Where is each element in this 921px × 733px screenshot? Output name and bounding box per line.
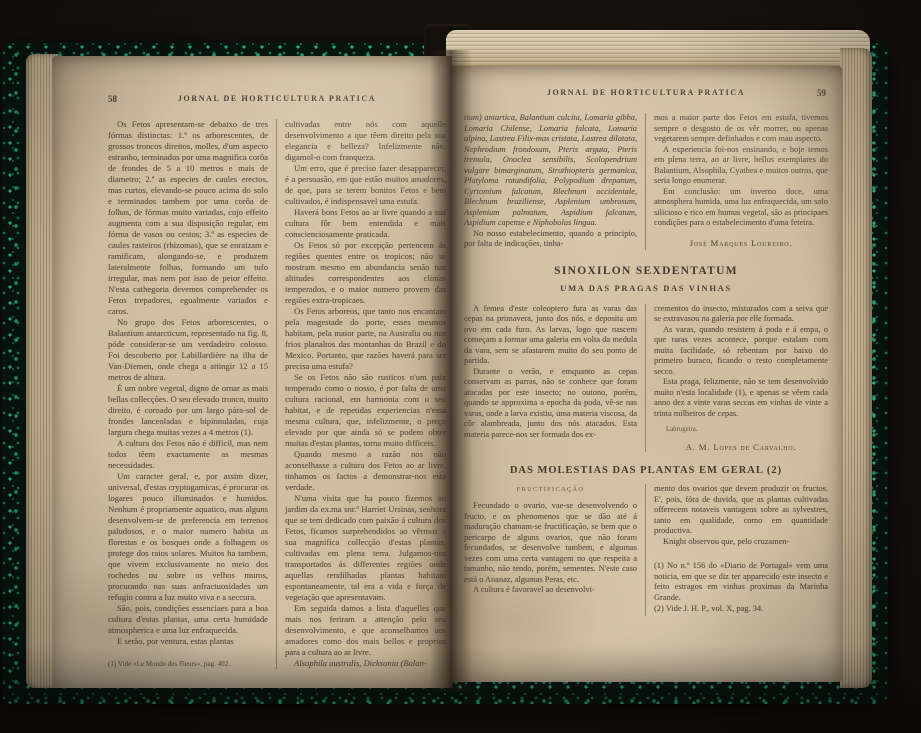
paragraph: A cultura dos Fetos não é difficil, mas …	[108, 438, 268, 471]
paragraph: A experiencia foi-nos ensinando, e hoje …	[654, 145, 828, 187]
left-page-column-1: Os Fetos apresentam-se debaixo de tres f…	[108, 119, 277, 669]
paragraph: mos a maior parte dos Fetos em estufa, t…	[654, 113, 828, 145]
article-title: DAS MOLESTIAS DAS PLANTAS EM GERAL (2)	[464, 465, 828, 476]
right-page-sec3-column-2: mento dos ovarios que devem produzir os …	[646, 484, 828, 616]
paragraph: No grupo dos Fetos arborescentes, o Bala…	[108, 317, 268, 383]
paragraph: crementos do insecto, misturados com a s…	[654, 304, 828, 325]
paragraph: Os Fetos arboreos, que tanto nos encanta…	[285, 306, 446, 372]
running-header-left: 58 JORNAL DE HORTICULTURA PRATICA	[108, 94, 446, 103]
paragraph: E serão, por ventura, estas plantas	[108, 636, 268, 647]
article-subtitle: UMA DAS PRAGAS DAS VINHAS	[464, 283, 828, 293]
column-paragraphs: cultivadas entre nós com aquelle desenvo…	[285, 119, 446, 669]
article-sinoxilon: SINOXILON SEXDENTATUM UMA DAS PRAGAS DAS…	[464, 265, 828, 453]
article-fetos-continuation: tium) antartica, Balantium culcita, Loma…	[464, 113, 828, 250]
place-line: Labrugeira.	[654, 426, 828, 433]
column-paragraphs: Fecundado o ovario, vae-se desenvolvendo…	[464, 501, 637, 596]
column-paragraphs: tium) antartica, Balantium culcita, Loma…	[464, 113, 637, 250]
right-page-sec1-column-2: mos a maior parte dos Fetos em estufa, t…	[646, 113, 828, 250]
paragraph: tium) antartica, Balantium culcita, Loma…	[464, 113, 637, 229]
footnote: (1) Vide «Le Monde des Fleurs», pag. 402…	[108, 650, 268, 669]
paragraph: (1) No n.º 156 do «Diario de Portugal» v…	[654, 561, 828, 603]
paragraph: São, pois, condições essenciaes para a b…	[108, 603, 268, 636]
page-edges-right	[840, 48, 872, 688]
paragraph: Um erro, que é preciso fazer desapparece…	[285, 163, 446, 207]
paragraph: Alsophila australis, Dicksonia (Balan-	[285, 658, 446, 669]
article-molestias: DAS MOLESTIAS DAS PLANTAS EM GERAL (2) F…	[464, 465, 828, 616]
right-page-sec2-column-1: A femea d'este coleoptero fura as varas …	[464, 304, 646, 453]
paragraph: N'uma visita que ha pouco fizemos ao jar…	[285, 493, 446, 603]
section-subhead: FRUCTIFICAÇÃO	[464, 486, 637, 493]
paragraph: Esta praga, felizmente, não se tem desen…	[654, 377, 828, 419]
article-title: SINOXILON SEXDENTATUM	[464, 265, 828, 277]
paragraph: cultivadas entre nós com aquelle desenvo…	[285, 119, 446, 163]
paragraph: Em seguida damos a lista d'aquelles que …	[285, 603, 446, 658]
right-page-sec1-column-1: tium) antartica, Balantium culcita, Loma…	[464, 113, 646, 250]
column-paragraphs: A femea d'este coleoptero fura as varas …	[464, 304, 637, 441]
author-signature: José Marques Loureiro.	[654, 238, 828, 248]
running-header-right: JORNAL DE HORTICULTURA PRATICA 59	[464, 88, 828, 97]
footnotes: (1) No n.º 156 do «Diario de Portugal» v…	[654, 561, 828, 616]
paragraph: A femea d'este coleoptero fura as varas …	[464, 304, 637, 367]
journal-title: JORNAL DE HORTICULTURA PRATICA	[178, 94, 376, 103]
paragraph: No nosso estabelecimento, quando a princ…	[464, 229, 637, 250]
paragraph: Quando mesmo a razão nos não aconselhass…	[285, 449, 446, 493]
column-paragraphs: crementos do insecto, misturados com a s…	[654, 304, 828, 420]
paragraph: Um caracter geral, e, por assim dizer, u…	[108, 471, 268, 603]
right-page: JORNAL DE HORTICULTURA PRATICA 59 tium) …	[450, 66, 842, 682]
journal-title: JORNAL DE HORTICULTURA PRATICA	[547, 88, 745, 97]
page-number-left: 58	[108, 94, 117, 104]
paragraph: A cultura é favoravel ao desenvolvi-	[464, 585, 637, 596]
paragraph: As varas, quando resistem á poda e á emp…	[654, 325, 828, 378]
left-page-columns: Os Fetos apresentam-se debaixo de tres f…	[108, 119, 446, 669]
paragraph: É um nobre vegetal, digno de ornar as ma…	[108, 383, 268, 438]
right-page-sec3-column-1: FRUCTIFICAÇÃO Fecundado o ovario, vae-se…	[464, 484, 646, 616]
right-page-content: JORNAL DE HORTICULTURA PRATICA 59 tium) …	[464, 88, 828, 674]
paragraph: Em conclusão: um inverno doce, uma atmos…	[654, 187, 828, 229]
paragraph: mento dos ovarios que devem produzir os …	[654, 484, 828, 537]
paragraph: Fecundado o ovario, vae-se desenvolvendo…	[464, 501, 637, 585]
left-page: 58 JORNAL DE HORTICULTURA PRATICA Os Fet…	[52, 56, 452, 688]
book-photograph: 58 JORNAL DE HORTICULTURA PRATICA Os Fet…	[0, 0, 921, 733]
left-page-column-2: cultivadas entre nós com aquelle desenvo…	[277, 119, 446, 669]
paragraph: Os Fetos apresentam-se debaixo de tres f…	[108, 119, 268, 317]
column-paragraphs: Os Fetos apresentam-se debaixo de tres f…	[108, 119, 268, 647]
left-page-content: 58 JORNAL DE HORTICULTURA PRATICA Os Fet…	[108, 94, 446, 678]
paragraph: Os Fetos só por excepção pertencem ás re…	[285, 240, 446, 306]
page-number-right: 59	[817, 88, 826, 98]
paragraph: (2) Vide J. H. P., vol. X, pag. 34.	[654, 604, 828, 615]
right-page-sec2-column-2: crementos do insecto, misturados com a s…	[646, 304, 828, 453]
column-paragraphs: mento dos ovarios que devem produzir os …	[654, 484, 828, 547]
paragraph: Durante o verão, e emquanto as cepas con…	[464, 367, 637, 441]
paragraph: Knight observou que, pelo cruzamen-	[654, 537, 828, 548]
paragraph: Haverá bons Fetos ao ar livre quando a s…	[285, 207, 446, 240]
author-signature: A. M. Lopes de Carvalho.	[654, 442, 828, 452]
paragraph: Se os Fetos não são rusticos n'um paiz t…	[285, 372, 446, 449]
column-paragraphs: mos a maior parte dos Fetos em estufa, t…	[654, 113, 828, 229]
